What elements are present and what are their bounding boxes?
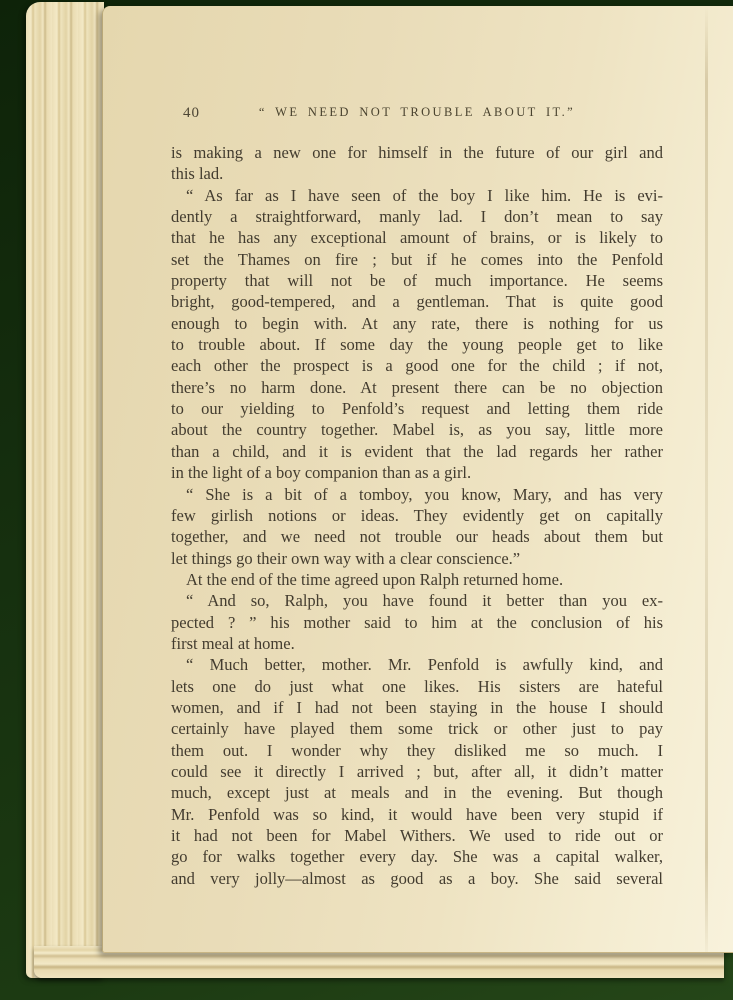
text-line: than a child, and it is evident that the… xyxy=(171,441,663,462)
text-line: about the country together. Mabel is, as… xyxy=(171,419,663,440)
text-line: enough to begin with. At any rate, there… xyxy=(171,313,663,334)
text-line: could see it directly I arrived ; but, a… xyxy=(171,761,663,782)
paragraph: “ And so, Ralph, you have found it bette… xyxy=(171,590,663,654)
text-line: “ And so, Ralph, you have found it bette… xyxy=(171,590,663,611)
text-line: let things go their own way with a clear… xyxy=(171,548,663,569)
text-line: together, and we need not trouble our he… xyxy=(171,526,663,547)
text-line: certainly have played them some trick or… xyxy=(171,718,663,739)
text-line: first meal at home. xyxy=(171,633,663,654)
text-line: each other the prospect is a good one fo… xyxy=(171,355,663,376)
text-line: set the Thames on fire ; but if he comes… xyxy=(171,249,663,270)
text-line: it had not been for Mabel Withers. We us… xyxy=(171,825,663,846)
text-body: is making a new one for himself in the f… xyxy=(171,142,663,889)
text-line: and very jolly—almost as good as a boy. … xyxy=(171,868,663,889)
text-line: property that will not be of much import… xyxy=(171,270,663,291)
page-stack-left-edge xyxy=(26,2,104,978)
paragraph: “ As far as I have seen of the boy I lik… xyxy=(171,185,663,484)
text-line: “ She is a bit of a tomboy, you know, Ma… xyxy=(171,484,663,505)
text-line: dently a straightforward, manly lad. I d… xyxy=(171,206,663,227)
text-line: lets one do just what one likes. His sis… xyxy=(171,676,663,697)
paragraph: is making a new one for himself in the f… xyxy=(171,142,663,185)
text-line: Mr. Penfold was so kind, it would have b… xyxy=(171,804,663,825)
text-line: there’s no harm done. At present there c… xyxy=(171,377,663,398)
text-line: them out. I wonder why they disliked me … xyxy=(171,740,663,761)
text-line: bright, good-tempered, and a gentleman. … xyxy=(171,291,663,312)
page-content: 40 “ WE NEED NOT TROUBLE ABOUT IT.” is m… xyxy=(171,105,663,889)
text-line: “ As far as I have seen of the boy I lik… xyxy=(171,185,663,206)
book-cover: 40 “ WE NEED NOT TROUBLE ABOUT IT.” is m… xyxy=(0,0,733,1000)
book-page: 40 “ WE NEED NOT TROUBLE ABOUT IT.” is m… xyxy=(102,6,733,953)
text-line: few girlish notions or ideas. They evide… xyxy=(171,505,663,526)
text-line: women, and if I had not been staying in … xyxy=(171,697,663,718)
text-line: “ Much better, mother. Mr. Penfold is aw… xyxy=(171,654,663,675)
page-number: 40 xyxy=(183,105,200,122)
running-title: “ WE NEED NOT TROUBLE ABOUT IT.” xyxy=(171,105,663,120)
paragraph: At the end of the time agreed upon Ralph… xyxy=(171,569,663,590)
text-line: pected ? ” his mother said to him at the… xyxy=(171,612,663,633)
paragraph: “ Much better, mother. Mr. Penfold is aw… xyxy=(171,654,663,889)
text-line: to trouble about. If some day the young … xyxy=(171,334,663,355)
text-line: to our yielding to Penfold’s request and… xyxy=(171,398,663,419)
text-line: that he has any exceptional amount of br… xyxy=(171,227,663,248)
text-line: At the end of the time agreed upon Ralph… xyxy=(171,569,663,590)
text-line: much, except just at meals and in the ev… xyxy=(171,782,663,803)
text-line: in the light of a boy companion than as … xyxy=(171,462,663,483)
text-line: go for walks together every day. She was… xyxy=(171,846,663,867)
text-line: this lad. xyxy=(171,163,663,184)
text-line: is making a new one for himself in the f… xyxy=(171,142,663,163)
paragraph: “ She is a bit of a tomboy, you know, Ma… xyxy=(171,484,663,569)
running-head: 40 “ WE NEED NOT TROUBLE ABOUT IT.” xyxy=(171,105,663,123)
